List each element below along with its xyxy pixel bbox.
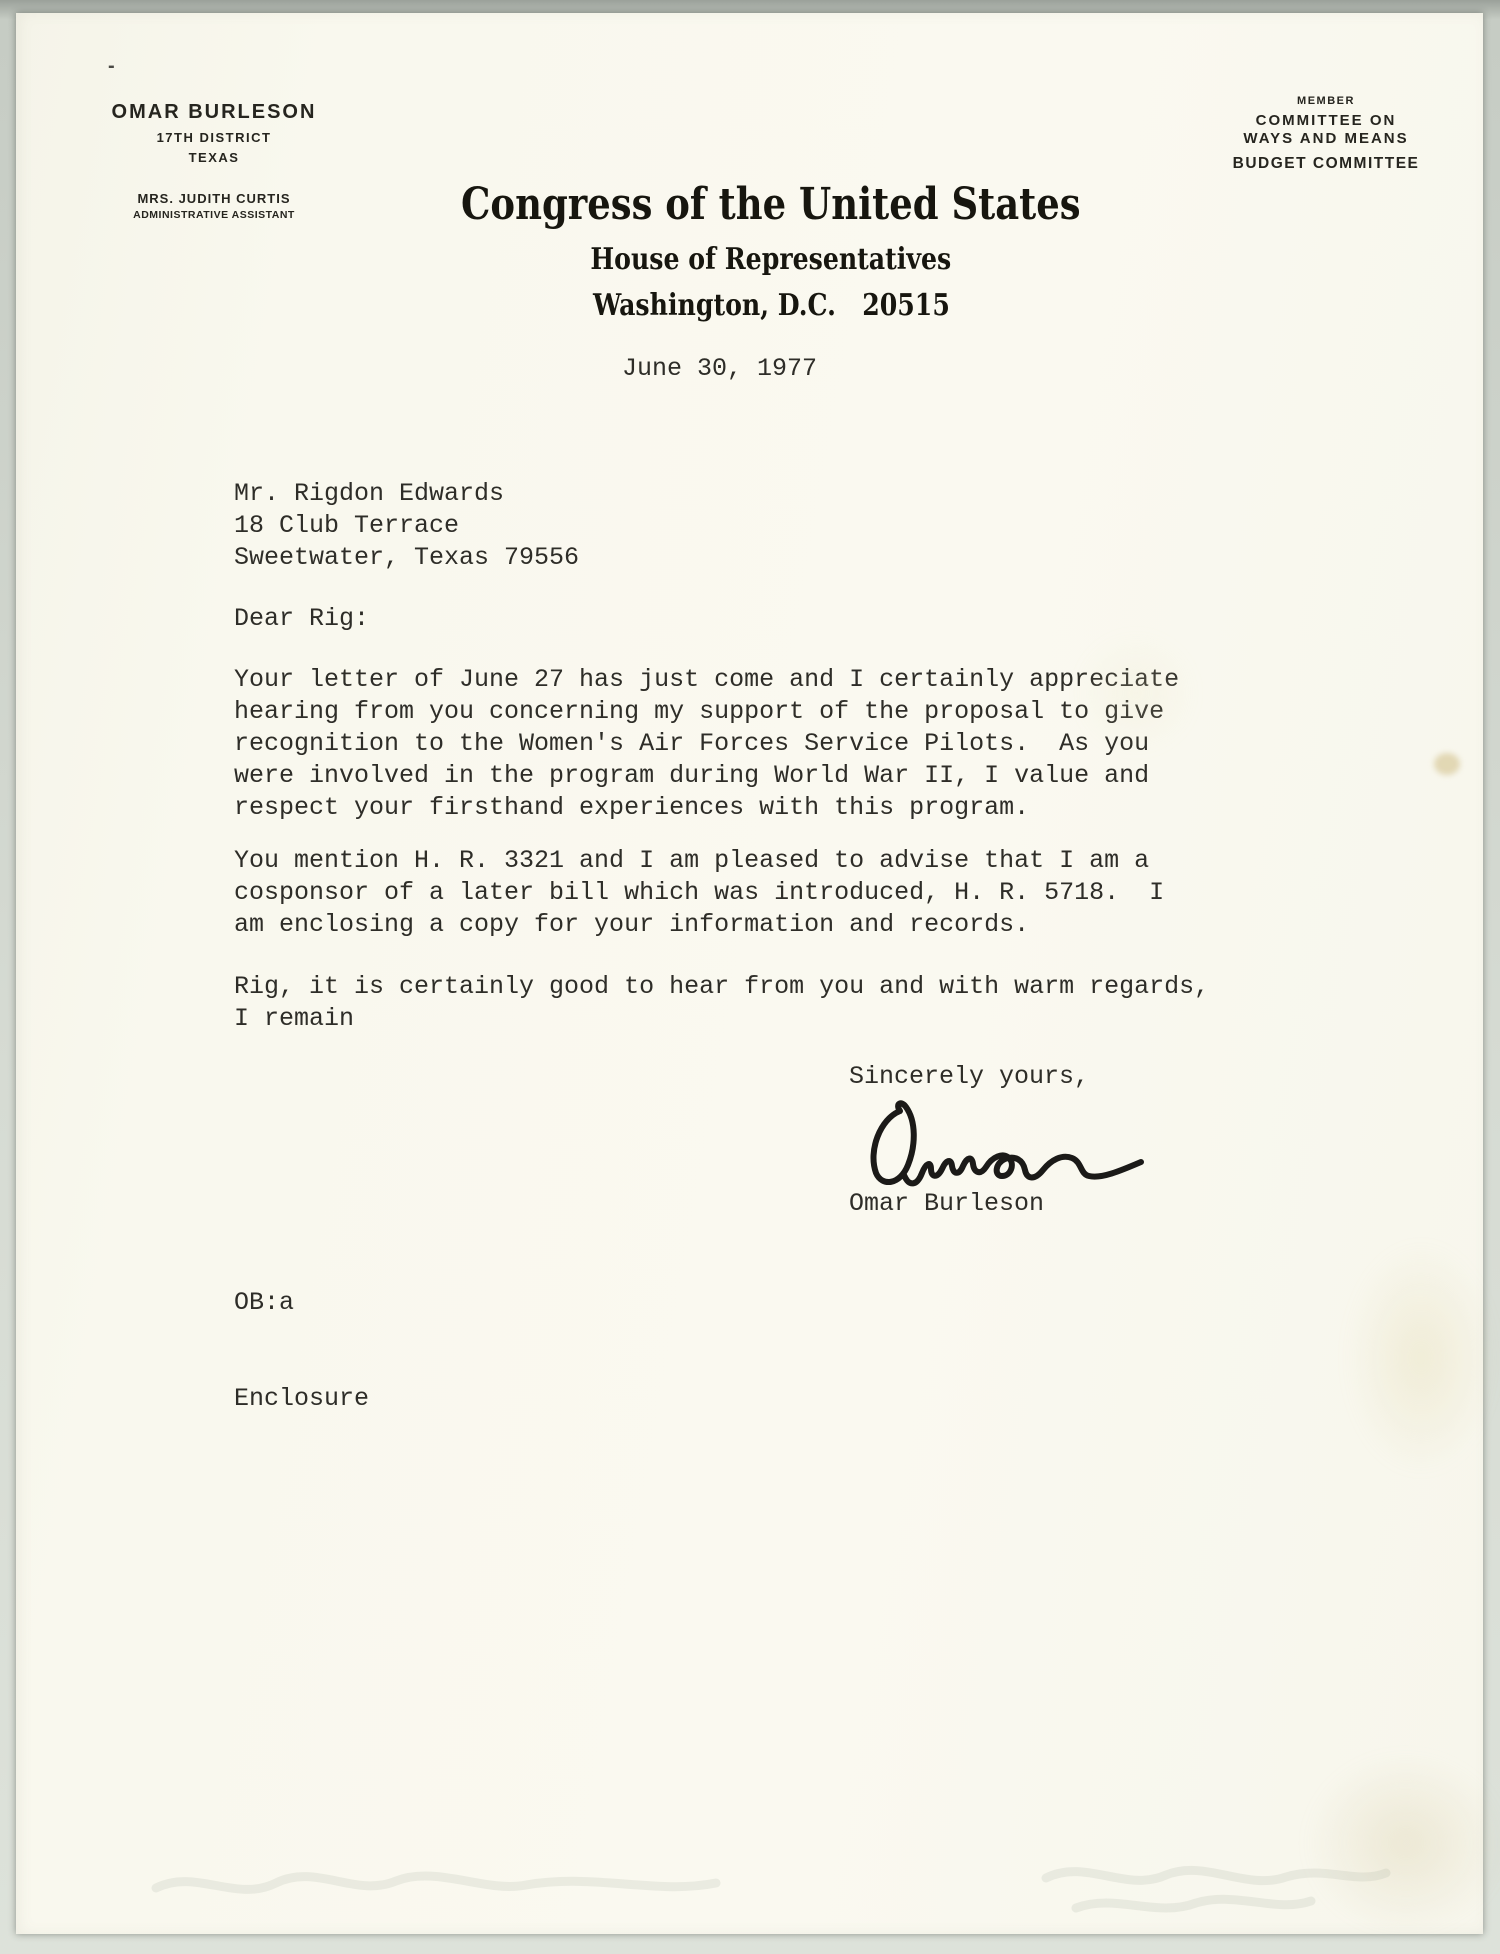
masthead-congress: Congress of the United States [461,181,1081,229]
scanned-letter-page: { "document_type": "congressional-letter… [0,0,1500,1954]
recipient-address: Mr. Rigdon Edwards 18 Club Terrace Sweet… [234,478,579,574]
enclosure-note: Enclosure [234,1383,369,1415]
letter-paper: - OMAR BURLESON 17TH DISTRICT TEXAS MRS.… [16,13,1483,1934]
typist-initials: OB:a [234,1287,369,1319]
masthead-washington: Washington, D.C. 20515 [593,289,950,323]
body-paragraph-1: Your letter of June 27 has just come and… [234,664,1244,824]
letterhead-center: Congress of the United States House of R… [326,181,1216,323]
body-paragraph-3: Rig, it is certainly good to hear from y… [234,971,1274,1035]
valediction: Sincerely yours, [849,1061,1089,1093]
district-label: 17TH DISTRICT [44,130,384,145]
letter-date: June 30, 1977 [622,353,817,385]
paper-stain [1346,1243,1496,1473]
stray-pen-mark: - [108,55,115,78]
masthead-house: House of Representatives [591,243,952,277]
member-name: OMAR BURLESON [44,101,384,124]
footer-block: OB:a Enclosure [234,1223,369,1479]
committee-ways-means: COMMITTEE ON WAYS AND MEANS [1161,112,1491,148]
salutation: Dear Rig: [234,603,369,635]
ink-bleed-through-mark [96,1833,1416,1943]
letterhead-right: MEMBER COMMITTEE ON WAYS AND MEANS BUDGE… [1161,95,1491,173]
signature-typed-name: Omar Burleson [849,1188,1044,1220]
committee-budget: BUDGET COMMITTEE [1161,155,1491,173]
paper-stain [1434,753,1460,775]
body-paragraph-2: You mention H. R. 3321 and I am pleased … [234,845,1244,941]
member-label: MEMBER [1161,95,1491,107]
state-label: TEXAS [44,150,384,165]
